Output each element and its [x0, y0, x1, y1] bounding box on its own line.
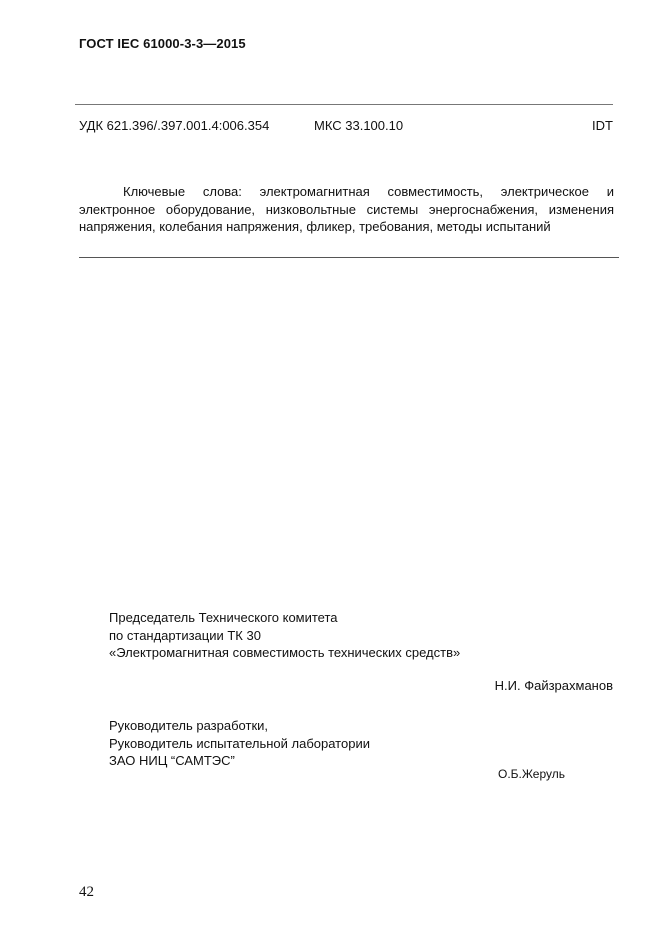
chairman-name: Н.И. Файзрахманов: [420, 678, 613, 693]
developer-line-3: ЗАО НИЦ “САМТЭС”: [109, 752, 370, 770]
chairman-line-3: «Электромагнитная совместимость техничес…: [109, 644, 460, 662]
chairman-block: Председатель Технического комитета по ст…: [109, 609, 460, 662]
chairman-line-1: Председатель Технического комитета: [109, 609, 460, 627]
developer-name: О.Б.Жеруль: [420, 767, 565, 781]
udk-code: УДК 621.396/.397.001.4:006.354: [79, 118, 314, 133]
developer-block: Руководитель разработки, Руководитель ис…: [109, 717, 370, 770]
idt-label: IDT: [592, 118, 613, 133]
top-divider: [75, 104, 613, 105]
chairman-line-2: по стандартизации ТК 30: [109, 627, 460, 645]
standard-title: ГОСТ IEC 61000-3-3—2015: [79, 36, 246, 51]
developer-line-1: Руководитель разработки,: [109, 717, 370, 735]
keywords-paragraph: Ключевые слова: электромагнитная совмест…: [79, 183, 614, 236]
mks-code: МКС 33.100.10: [314, 118, 592, 133]
page-number: 42: [79, 884, 94, 901]
developer-line-2: Руководитель испытательной лаборатории: [109, 735, 370, 753]
keywords-divider: [79, 257, 619, 258]
classification-row: УДК 621.396/.397.001.4:006.354 МКС 33.10…: [79, 118, 613, 133]
